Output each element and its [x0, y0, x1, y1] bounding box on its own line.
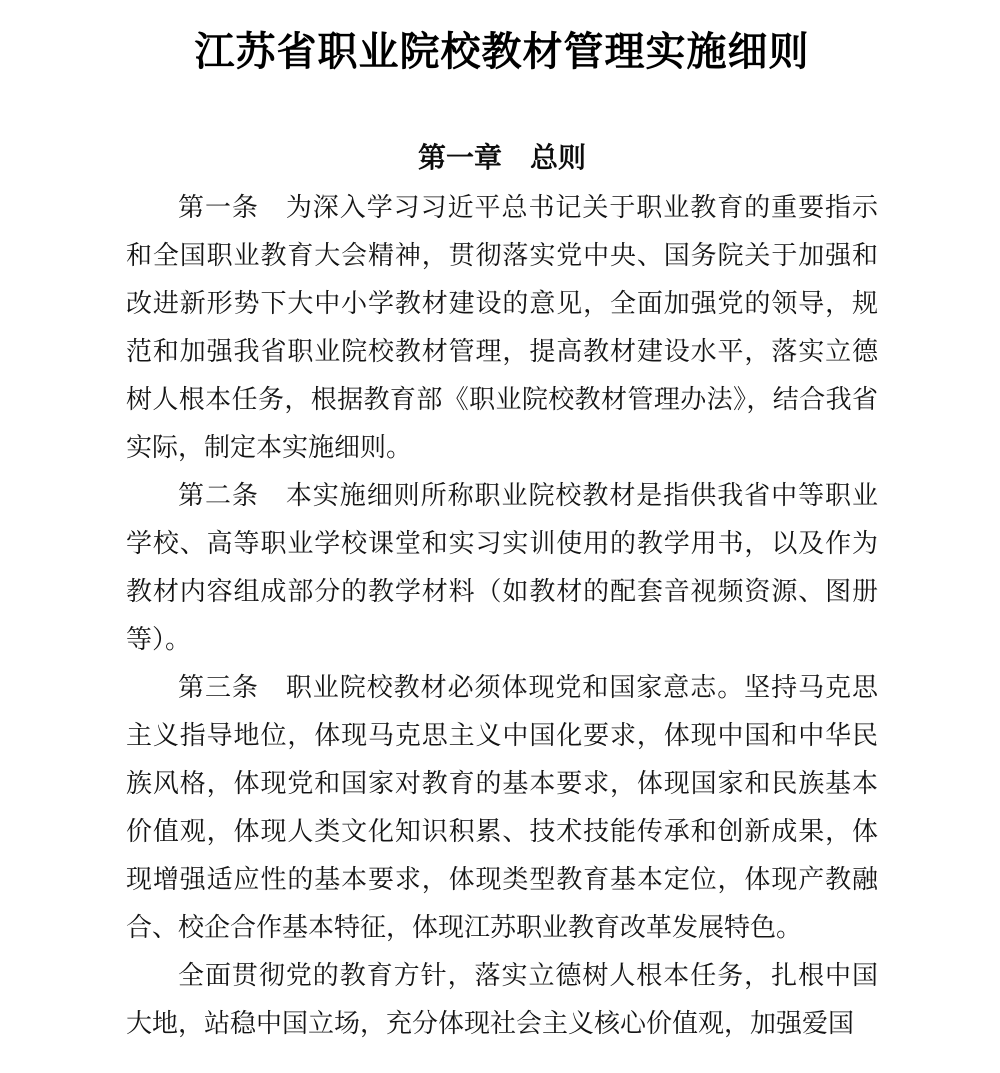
document-body: 第一条 为深入学习习近平总书记关于职业教育的重要指示和全国职业教育大会精神，贯彻…	[126, 184, 878, 1048]
document-title: 江苏省职业院校教材管理实施细则	[126, 26, 878, 78]
document-paragraph-article-3-continued: 全面贯彻党的教育方针，落实立德树人根本任务，扎根中国大地，站稳中国立场，充分体现…	[126, 952, 878, 1048]
document-page: 江苏省职业院校教材管理实施细则 第一章 总则 第一条 为深入学习习近平总书记关于…	[0, 0, 1000, 1073]
document-paragraph-article-3: 第三条 职业院校教材必须体现党和国家意志。坚持马克思主义指导地位，体现马克思主义…	[126, 664, 878, 952]
chapter-heading: 第一章 总则	[126, 140, 878, 176]
document-paragraph-article-2: 第二条 本实施细则所称职业院校教材是指供我省中等职业学校、高等职业学校课堂和实习…	[126, 472, 878, 664]
document-paragraph-article-1: 第一条 为深入学习习近平总书记关于职业教育的重要指示和全国职业教育大会精神，贯彻…	[126, 184, 878, 472]
